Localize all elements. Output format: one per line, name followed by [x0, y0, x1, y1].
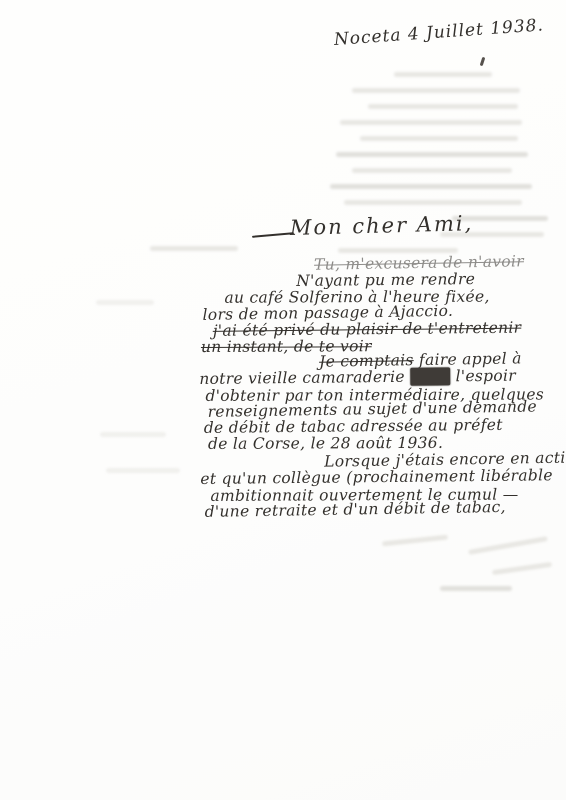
- ghost-line: [352, 168, 512, 173]
- ghost-line: [340, 120, 522, 125]
- handwritten-line: j'ai été privé du plaisir de t'entreteni…: [213, 319, 565, 339]
- ghost-line: [368, 104, 518, 109]
- ghost-smudge: [382, 535, 448, 547]
- handwriting-text: de la Corse, le 28 août 1936.: [208, 434, 443, 453]
- ghost-smudge: [468, 536, 548, 555]
- ghost-line: [150, 246, 238, 251]
- ghost-line: [336, 152, 528, 157]
- scanned-letter-page: Noceta 4 Juillet 1938. Mon cher Ami, Tu,…: [0, 0, 566, 800]
- ghost-line: [338, 248, 458, 253]
- ghost-line: [100, 432, 166, 437]
- handwriting-text: l'espoir: [450, 367, 516, 386]
- ghost-line: [330, 184, 532, 189]
- ink-speck: [480, 57, 486, 66]
- handwritten-line: de débit de tabac adressée au préfet: [204, 416, 566, 436]
- letter-salutation: Mon cher Ami,: [290, 211, 474, 240]
- handwritten-line: N'ayant pu me rendre: [296, 270, 564, 289]
- ghost-line: [352, 88, 520, 93]
- scribbled-out-word: dans: [410, 368, 450, 386]
- ghost-line: [394, 72, 492, 77]
- ghost-line: [96, 300, 154, 305]
- letter-dateline: Noceta 4 Juillet 1938.: [333, 15, 544, 50]
- letter-body: Tu, m'excusera de n'avoirN'ayant pu me r…: [196, 254, 566, 520]
- ghost-line: [360, 136, 518, 141]
- ghost-smudge: [492, 562, 552, 575]
- ghost-line: [106, 468, 180, 473]
- handwritten-line: d'une retraite et d'un débit de tabac,: [205, 498, 566, 520]
- ghost-line: [344, 200, 522, 205]
- ghost-smudge: [440, 586, 512, 591]
- pen-flourish: [252, 232, 294, 238]
- handwriting-text: d'une retraite et d'un débit de tabac,: [205, 498, 506, 521]
- handwritten-line: notre vieille camaraderie dans l'espoir: [199, 367, 565, 387]
